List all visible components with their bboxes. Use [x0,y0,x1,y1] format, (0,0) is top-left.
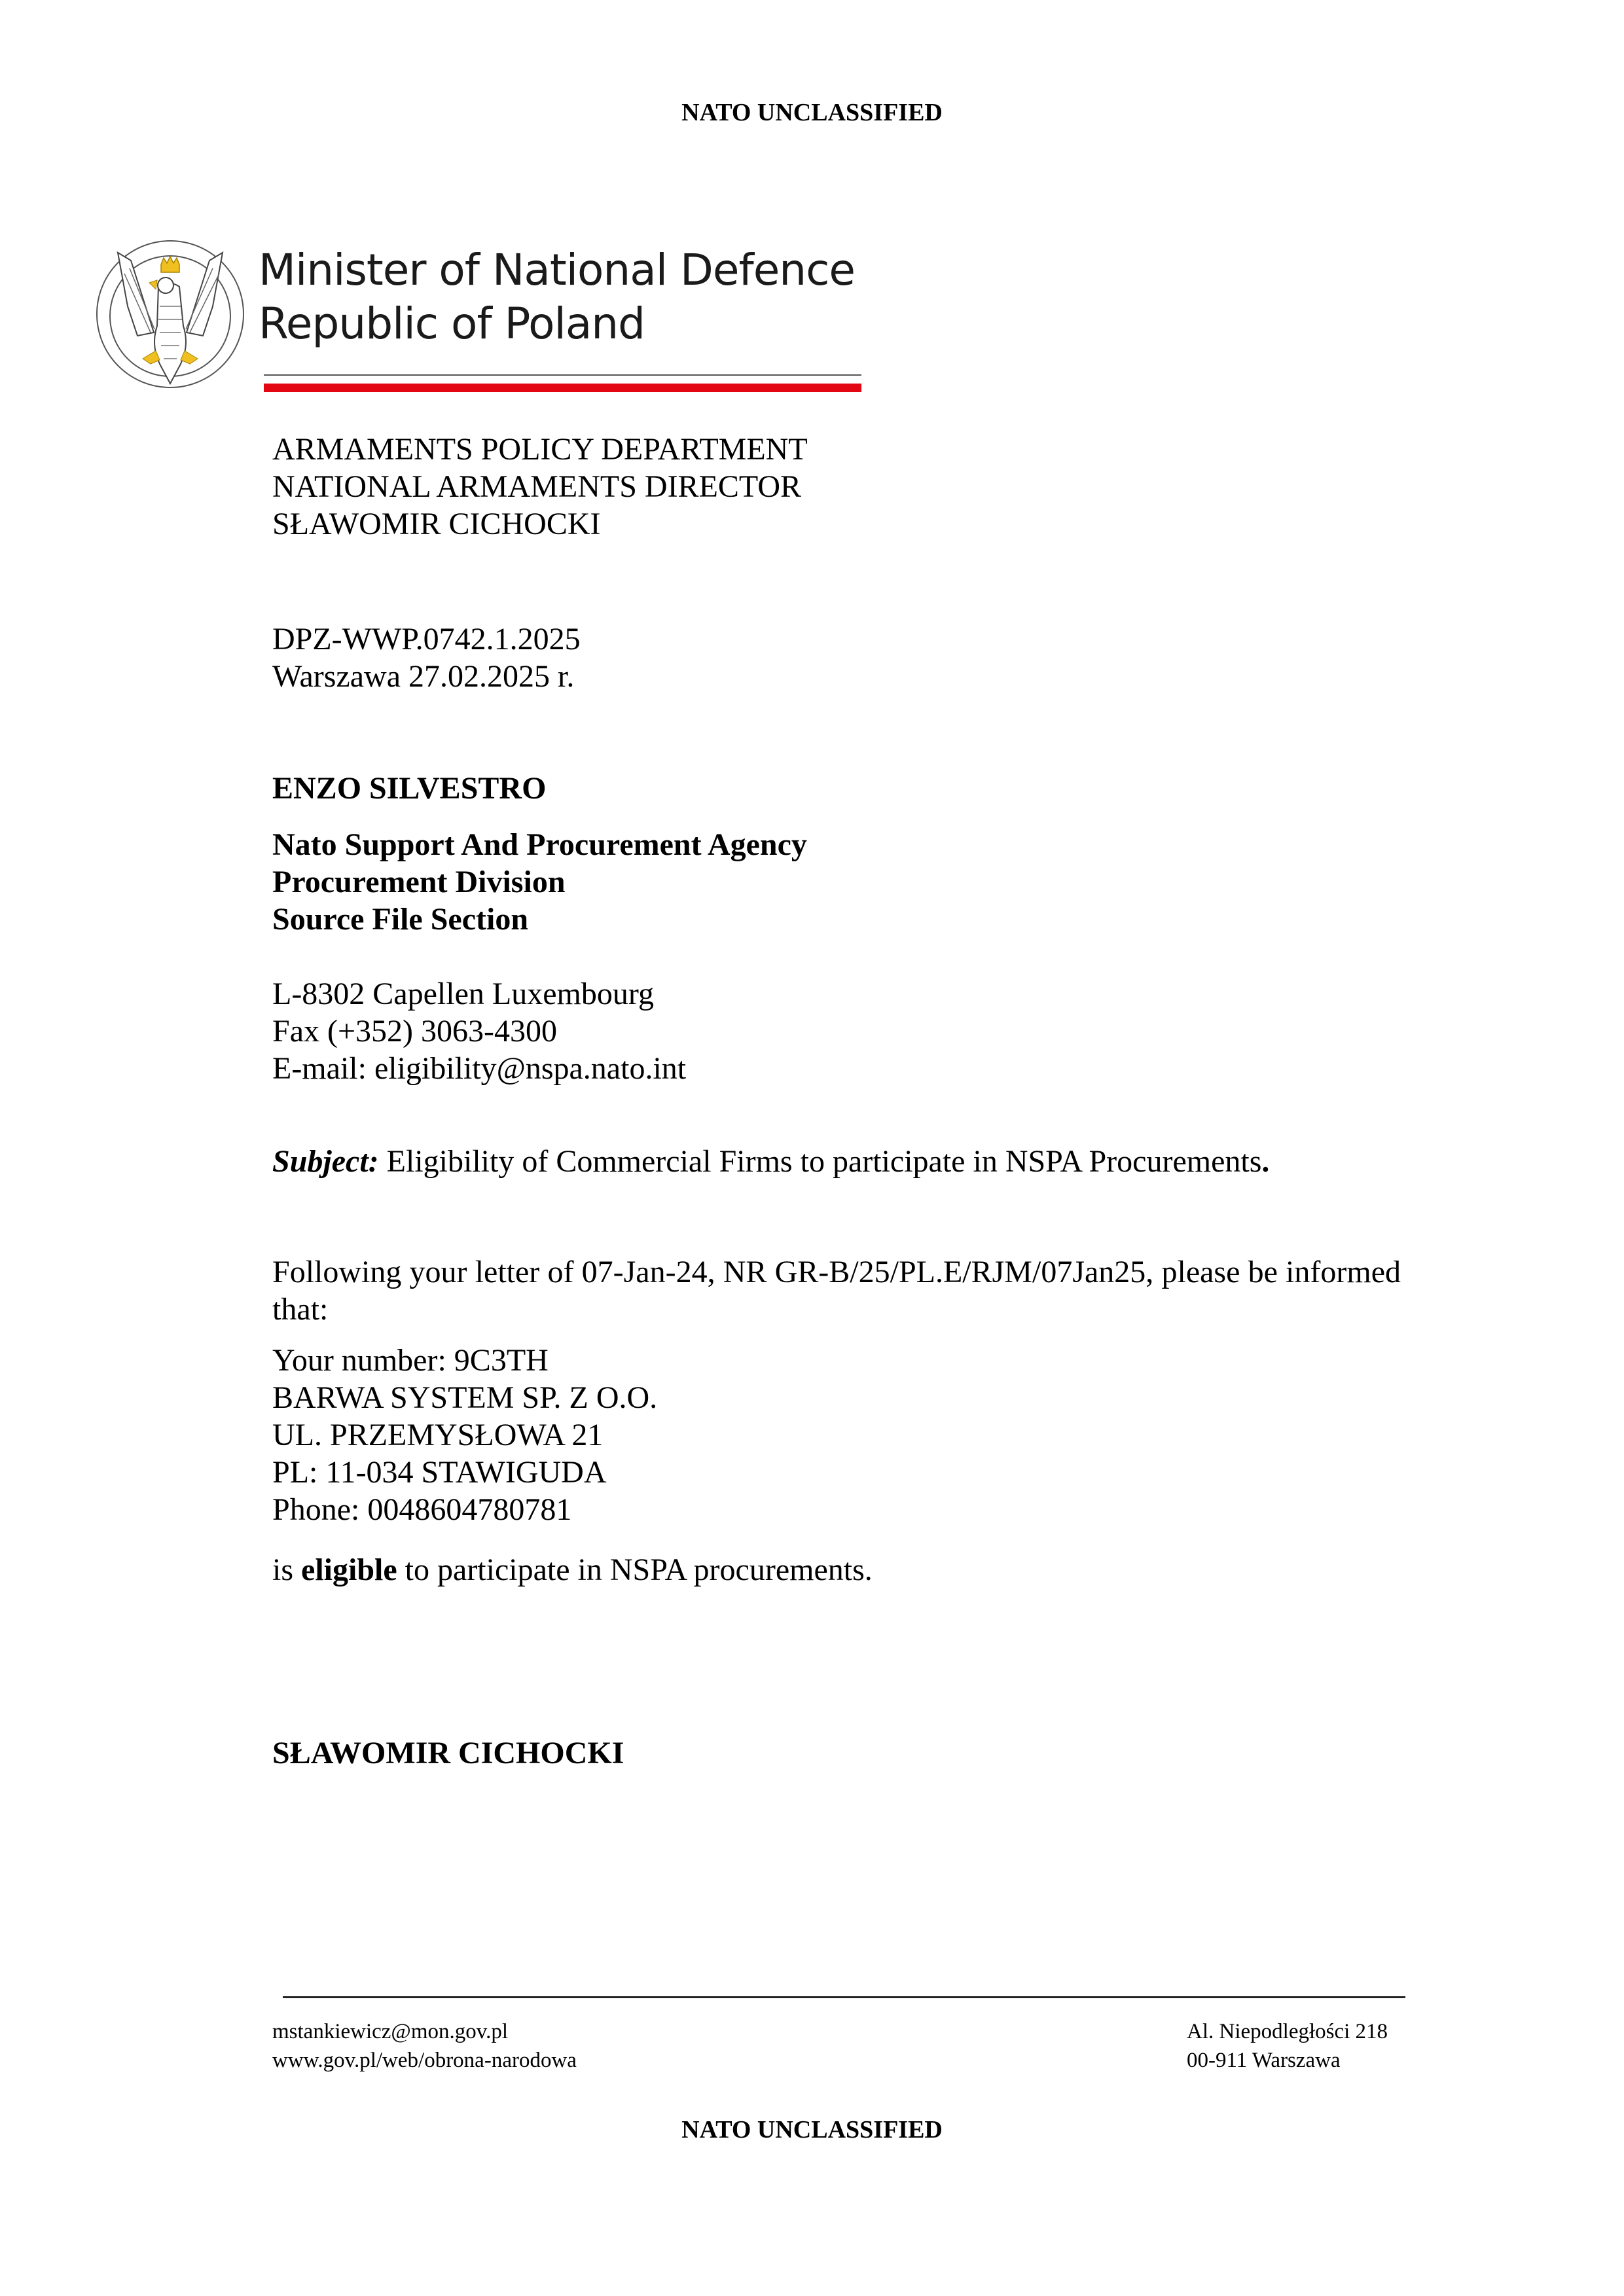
subject-text: Eligibility of Commercial Firms to parti… [379,1144,1262,1179]
letterhead-title: Minister of National Defence Republic of… [259,243,855,351]
footer-address-line1: Al. Niepodległości 218 [1187,2017,1388,2046]
recipient-org-line: Procurement Division [272,863,807,901]
footer-rule [283,1996,1405,1998]
recipient-org-line: Source File Section [272,901,807,938]
footer-address-line2: 00-911 Warszawa [1187,2046,1388,2075]
classification-top: NATO UNCLASSIFIED [0,98,1624,127]
footer-contact: mstankiewicz@mon.gov.pl www.gov.pl/web/o… [272,2017,577,2075]
recipient-address-line: L-8302 Capellen Luxembourg [272,975,686,1013]
sender-title: NATIONAL ARMAMENTS DIRECTOR [272,468,808,505]
signature-name: SŁAWOMIR CICHOCKI [272,1734,624,1772]
polish-eagle-emblem-icon [92,234,249,391]
recipient-name: ENZO SILVESTRO [272,770,546,807]
recipient-address: L-8302 Capellen Luxembourg Fax (+352) 30… [272,975,686,1087]
company-street: UL. PRZEMYSŁOWA 21 [272,1416,657,1454]
recipient-org-line: Nato Support And Procurement Agency [272,826,807,863]
company-number: Your number: 9C3TH [272,1342,657,1379]
subject-label: Subject: [272,1144,379,1179]
footer-address: Al. Niepodległości 218 00-911 Warszawa [1187,2017,1388,2075]
subject-end: . [1261,1144,1269,1179]
eligibility-statement: is eligible to participate in NSPA procu… [272,1551,873,1588]
body-intro: Following your letter of 07-Jan-24, NR G… [272,1253,1401,1328]
sender-block: ARMAMENTS POLICY DEPARTMENT NATIONAL ARM… [272,431,808,543]
footer-email[interactable]: mstankiewicz@mon.gov.pl [272,2017,577,2046]
eligibility-post: to participate in NSPA procurements. [397,1552,873,1587]
subject-line: Subject: Eligibility of Commercial Firms… [272,1143,1269,1180]
sender-department: ARMAMENTS POLICY DEPARTMENT [272,431,808,468]
recipient-organization: Nato Support And Procurement Agency Proc… [272,826,807,938]
eligibility-status: eligible [301,1552,397,1587]
eligibility-pre: is [272,1552,301,1587]
company-block: Your number: 9C3TH BARWA SYSTEM SP. Z O.… [272,1342,657,1528]
company-phone: Phone: 0048604780781 [272,1491,657,1528]
ministry-name: Minister of National Defence [259,243,855,297]
footer-website[interactable]: www.gov.pl/web/obrona-narodowa [272,2046,577,2075]
letterhead-rule [264,374,861,376]
company-name: BARWA SYSTEM SP. Z O.O. [272,1379,657,1416]
company-city: PL: 11-034 STAWIGUDA [272,1454,657,1491]
recipient-fax: Fax (+352) 3063-4300 [272,1013,686,1050]
recipient-email: E-mail: eligibility@nspa.nato.int [272,1050,686,1087]
reference-block: DPZ-WWP.0742.1.2025 Warszawa 27.02.2025 … [272,620,581,695]
country-name: Republic of Poland [259,297,855,351]
letterhead-red-bar [264,384,861,392]
sender-name: SŁAWOMIR CICHOCKI [272,505,808,543]
place-date: Warszawa 27.02.2025 r. [272,658,581,695]
reference-number: DPZ-WWP.0742.1.2025 [272,620,581,658]
classification-bottom: NATO UNCLASSIFIED [0,2115,1624,2144]
